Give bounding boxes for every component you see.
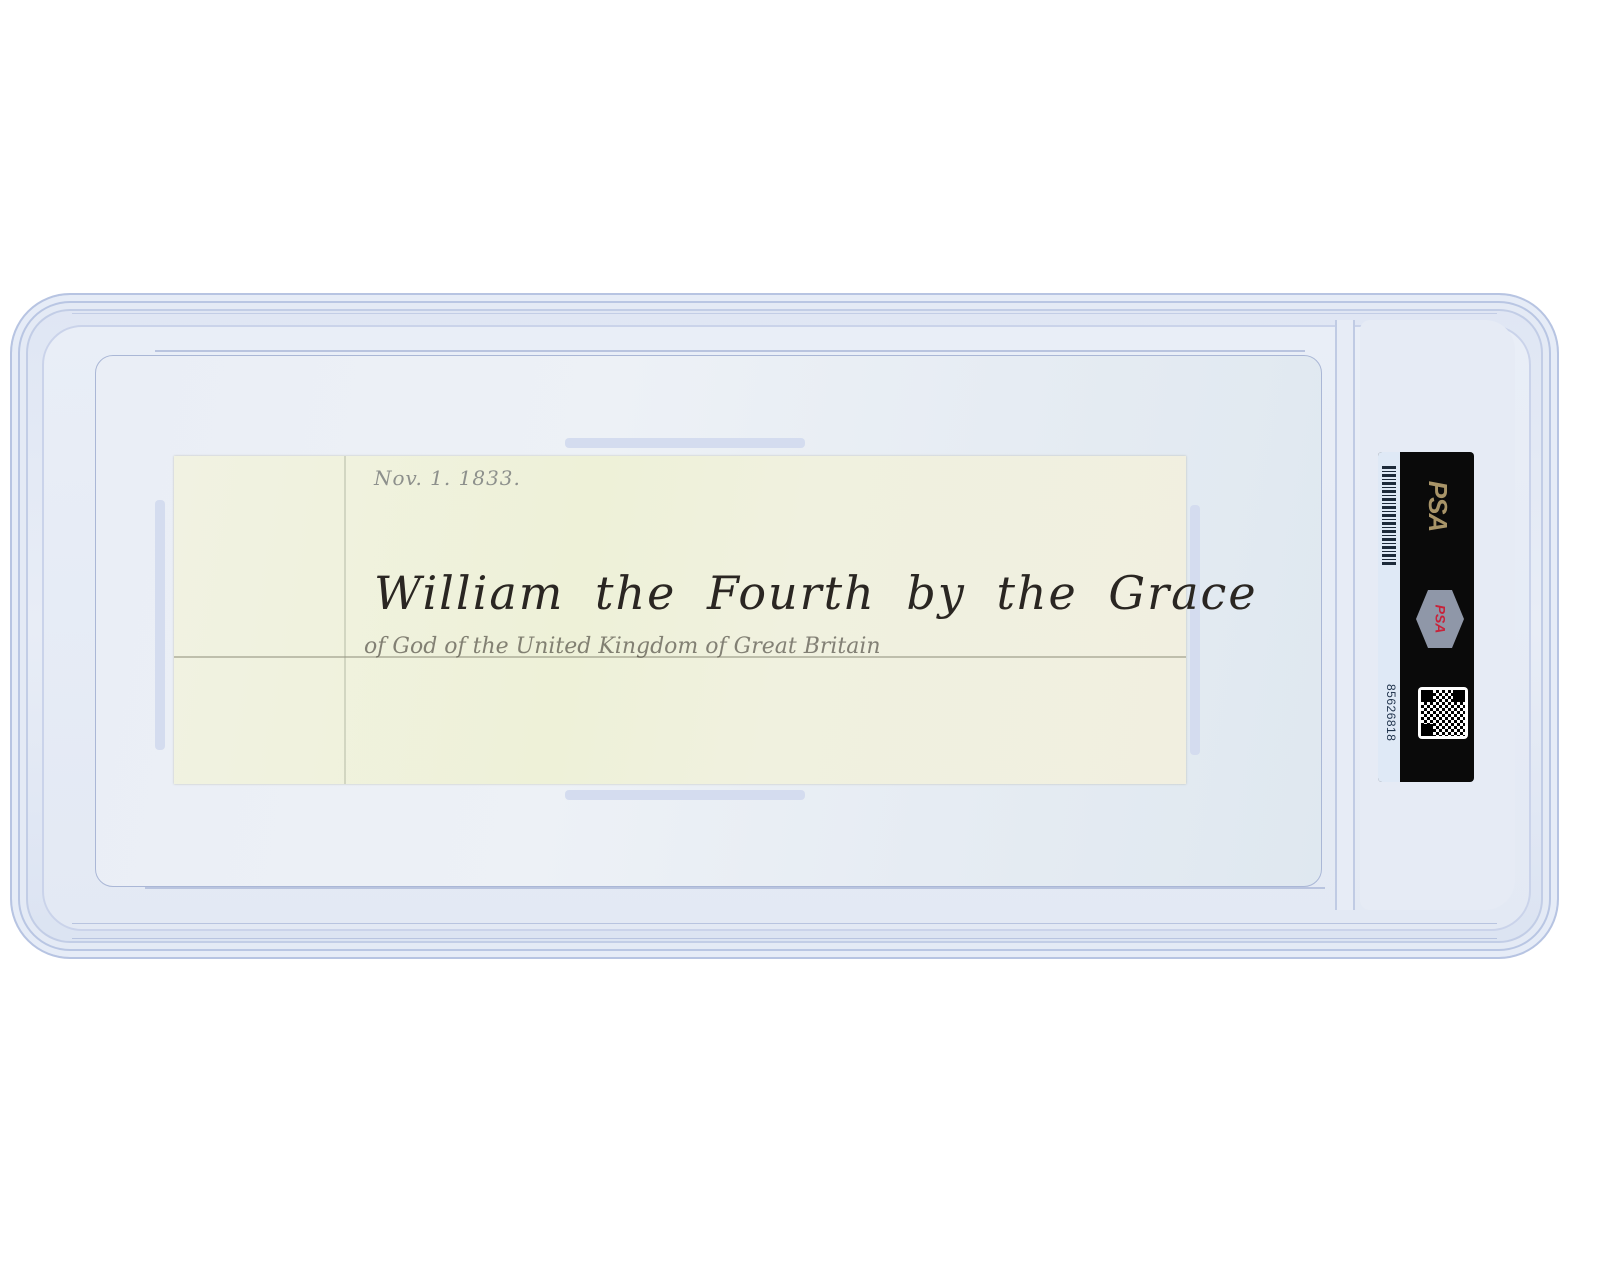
psa-label: 85626818 PSA PSA — [1378, 452, 1474, 782]
document-bleedthrough-text: of God of the United Kingdom of Great Br… — [364, 634, 1144, 658]
slab-bottom-rails — [72, 923, 1497, 939]
cert-number: 85626818 — [1384, 684, 1398, 754]
psa-logo: PSA — [1414, 476, 1462, 536]
document-date-note: Nov. 1. 1833. — [374, 466, 521, 490]
holder-tab-top — [565, 438, 805, 448]
psa-badge-text: PSA — [1432, 605, 1448, 634]
label-strip: 85626818 — [1378, 452, 1400, 782]
well-ridge-bottom — [145, 887, 1325, 889]
holder-tab-right — [1190, 505, 1200, 755]
fold-line-vertical — [344, 456, 346, 784]
qr-code-icon[interactable] — [1418, 687, 1468, 739]
holder-tab-left — [155, 500, 165, 750]
document-script-text: William the Fourth by the Grace — [374, 566, 1258, 620]
qr-code-pattern — [1421, 690, 1465, 736]
barcode-icon — [1382, 466, 1396, 566]
holder-tab-bottom — [565, 790, 805, 800]
label-divider — [1335, 320, 1355, 910]
well-ridge-top — [155, 350, 1305, 352]
psa-badge-icon: PSA — [1416, 590, 1464, 648]
handwritten-document: Nov. 1. 1833. William the Fourth by the … — [174, 456, 1186, 784]
